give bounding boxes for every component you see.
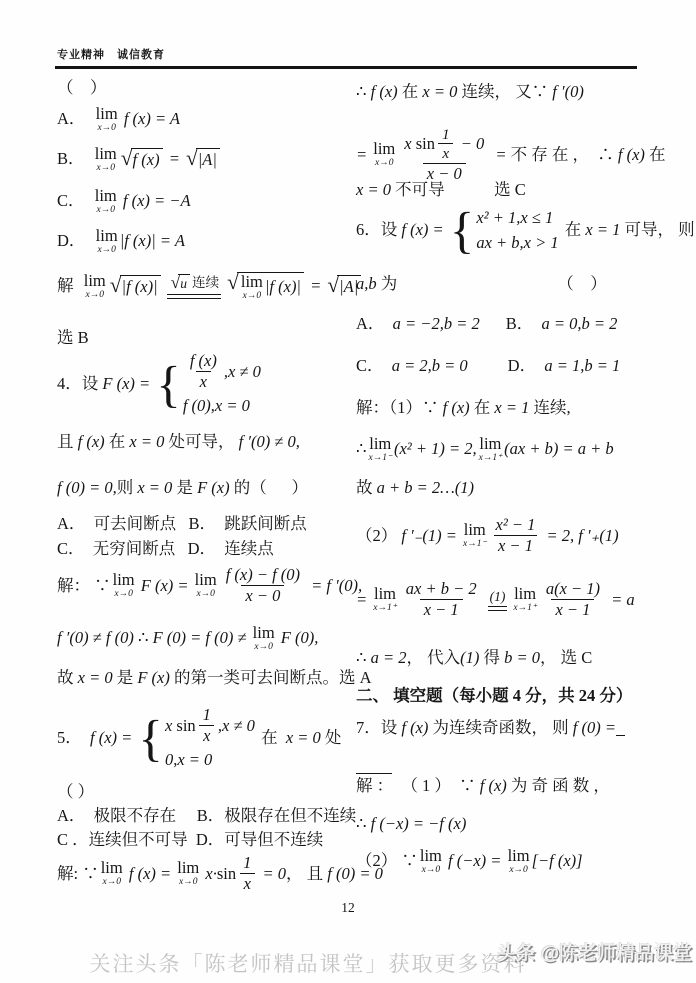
content-line: 故 x = 0 是 F (x) 的第一类可去间断点。选 A bbox=[57, 668, 372, 689]
math-cases: {f (x)x,x ≠ 0f (0),x = 0 bbox=[156, 352, 261, 417]
math-m: f (0) = bbox=[573, 718, 616, 739]
math-m: x = 0 bbox=[129, 432, 164, 453]
math-txt: D． bbox=[57, 231, 94, 252]
content-line: 解 ： （ 1 ） ∵ f (x) 为 奇 函 数 ， bbox=[356, 776, 610, 797]
content-line: 5． f (x) = {x sin1x,x ≠ 00,x = 0 在 x = 0… bbox=[57, 706, 341, 771]
math-frac: f (x)x bbox=[186, 352, 221, 392]
math-m: a = 2 bbox=[367, 648, 407, 669]
math-txt: ∴ bbox=[356, 648, 367, 669]
content-line: C． 无穷间断点 D． 连续点 bbox=[57, 539, 274, 560]
math-txt: 二、 填空题（每小题 4 分，共 24 分） bbox=[356, 686, 632, 707]
math-txt: 解: ∵ bbox=[57, 864, 99, 885]
content-line: ∴ f (−x) = −f (x) bbox=[356, 814, 466, 835]
math-cases: {x² + 1,x ≤ 1ax + b,x > 1 bbox=[450, 208, 559, 253]
math-m: x = 0 bbox=[286, 728, 321, 749]
math-m: x = 0 bbox=[137, 478, 172, 499]
math-sqrt: √|A| bbox=[186, 148, 220, 171]
math-m: F (x) = bbox=[137, 576, 193, 597]
math-txt: B． bbox=[57, 149, 93, 170]
right-column: ∴ f (x) 在 x = 0 连续， 又∵ f ′(0)= limx→0x s… bbox=[356, 0, 664, 983]
math-txt: 则 bbox=[117, 478, 138, 499]
math-txt: ， 选 C bbox=[540, 648, 592, 669]
math-m: (1) bbox=[490, 589, 506, 606]
math-m: F (0), bbox=[277, 628, 319, 649]
math-lim: limx→0 bbox=[508, 848, 530, 875]
math-txt: （2） bbox=[356, 526, 401, 547]
math-m: f (x) bbox=[367, 82, 398, 103]
content-line: a,b 为（ ） bbox=[356, 274, 607, 295]
math-m: f (x) − f (0) bbox=[226, 566, 300, 585]
content-line: 6．设 f (x) = {x² + 1,x ≤ 1ax + b,x > 1 在 … bbox=[356, 208, 695, 253]
math-lim: limx→0 bbox=[373, 141, 395, 168]
math-txt: 可导， 则 bbox=[620, 220, 694, 241]
math-lim: limx→0 bbox=[253, 625, 275, 652]
math-m: = bbox=[306, 276, 325, 297]
math-txt: sin bbox=[217, 864, 236, 885]
content-line: （2） f ′₋(1) = limx→1⁻x² − 1x − 1 = 2, f … bbox=[356, 516, 619, 556]
math-txt: 且 bbox=[57, 432, 78, 453]
math-lim: limx→0 bbox=[241, 274, 263, 301]
math-frac: f (x) − f (0)x − 0 bbox=[222, 566, 304, 606]
math-lim: limx→0 bbox=[96, 228, 118, 255]
math-m: f (0) = 0, bbox=[57, 478, 117, 499]
math-m: F (x) bbox=[197, 478, 230, 499]
math-lim: limx→1⁺ bbox=[479, 436, 502, 463]
math-m: f ′(0) bbox=[552, 82, 584, 103]
math-txt: 故 bbox=[57, 668, 78, 689]
math-frac: x sin1x − 0x − 0 bbox=[400, 126, 488, 184]
math-m: x bbox=[244, 875, 251, 894]
math-m: (x² + 1) = 2, bbox=[394, 439, 477, 460]
math-lim: limx→1⁺ bbox=[373, 586, 396, 613]
content-line: 7．设 f (x) 为连续奇函数， 则 f (0) = bbox=[356, 718, 625, 739]
math-ul bbox=[616, 720, 625, 736]
math-txt: 选 B bbox=[57, 328, 89, 349]
watermark-credit: 头条 @陈老师精品课堂 bbox=[497, 938, 692, 965]
math-m: f (x) bbox=[133, 150, 160, 171]
math-m: x bbox=[442, 145, 449, 162]
math-txt: 4．设 bbox=[57, 374, 102, 395]
math-txt: 在 bbox=[105, 432, 130, 453]
content-line: C． a = 2,b = 0D． a = 1,b = 1 bbox=[356, 356, 620, 377]
math-m: f (x) = −A bbox=[119, 191, 191, 212]
math-txt: ， 代入 bbox=[407, 648, 461, 669]
math-txt: 的（ ） bbox=[230, 478, 308, 499]
math-m: a(x − 1) bbox=[546, 580, 600, 599]
math-txt: A． bbox=[356, 314, 393, 335]
math-m: F (x) = bbox=[102, 374, 154, 395]
math-lim: limx→0 bbox=[101, 860, 123, 887]
math-txt: ∴ bbox=[356, 439, 367, 460]
math-frac: a(x − 1)x − 1 bbox=[542, 580, 604, 620]
content-line: A． a = −2,b = 2B． a = 0,b = 2 bbox=[356, 314, 617, 335]
math-txt: 连续， 又∵ bbox=[457, 82, 552, 103]
math-txt: （ ） bbox=[57, 782, 94, 803]
math-txt: C． bbox=[356, 356, 392, 377]
math-txt: 解： ∵ bbox=[57, 576, 111, 597]
content-line: A． 可去间断点 B． 跳跃间断点 bbox=[57, 514, 307, 535]
content-line: （ ） bbox=[57, 78, 107, 99]
math-txt: 7．设 bbox=[356, 718, 401, 739]
math-m: x = 0 bbox=[422, 82, 457, 103]
math-overeq: (1) bbox=[488, 589, 508, 612]
page-number: 12 bbox=[0, 900, 696, 916]
math-txt: 解 ： （ 1 ） ∵ bbox=[356, 776, 476, 797]
math-m: x bbox=[203, 727, 210, 746]
math-frac: 1x bbox=[239, 854, 255, 894]
math-txt: sin bbox=[172, 716, 195, 737]
content-line: 解: ∵limx→0 f (x) = limx→0 x·sin1x = 0， 且… bbox=[57, 854, 383, 894]
math-m: 1 bbox=[203, 706, 211, 725]
math-txt: （2） ∵ bbox=[356, 851, 418, 872]
math-txt: ， 且 bbox=[286, 864, 327, 885]
math-m: = 0 bbox=[258, 864, 286, 885]
math-m: F (x) bbox=[137, 668, 170, 689]
math-m: ,x ≠ 0 bbox=[224, 362, 261, 383]
math-m: x − 1 bbox=[424, 601, 459, 620]
math-txt: C ．连续但不可导 D．可导但不连续 bbox=[57, 830, 323, 851]
math-sqrt: √f (x) bbox=[121, 148, 163, 171]
math-m: f (x) = bbox=[125, 864, 176, 885]
math-m: x = 0 bbox=[356, 180, 395, 201]
math-txt: 故 bbox=[356, 478, 377, 499]
math-frac: x² − 1x − 1 bbox=[492, 516, 540, 556]
math-txt: 解 bbox=[57, 276, 82, 297]
math-m: a,b bbox=[356, 274, 377, 295]
content-line: ∴limx→1⁻(x² + 1) = 2,limx→1⁺(ax + b) = a… bbox=[356, 436, 614, 463]
math-cases: {x sin1x,x ≠ 00,x = 0 bbox=[138, 706, 255, 771]
math-sqrt: √limx→0|f (x)| bbox=[227, 272, 304, 301]
math-txt: 连续 bbox=[192, 275, 219, 292]
content-line: B． limx→0√f (x) = √|A| bbox=[57, 146, 222, 173]
math-txt: 处 bbox=[321, 728, 342, 749]
math-lim: limx→0 bbox=[84, 273, 106, 300]
math-m: x = 1 bbox=[585, 220, 620, 241]
left-column: （ ）A． limx→0 f (x) = AB． limx→0√f (x) = … bbox=[57, 0, 359, 983]
math-txt: A． bbox=[57, 109, 94, 130]
math-txt: 为 奇 函 数 ， bbox=[507, 776, 610, 797]
math-txt: 5． bbox=[57, 728, 90, 749]
math-m: |f (x)| = A bbox=[120, 231, 185, 252]
math-txt: 在 bbox=[561, 220, 586, 241]
math-txt: （ ） bbox=[57, 78, 107, 99]
math-m: f (x) bbox=[78, 432, 105, 453]
math-m: x − 1 bbox=[555, 601, 590, 620]
math-m: = f ′(0), bbox=[307, 576, 362, 597]
math-m: a = 0,b = 2 bbox=[541, 314, 617, 335]
math-m: = 2, f ′₊(1) bbox=[542, 526, 618, 547]
content-line: ∴ f (x) 在 x = 0 连续， 又∵ f ′(0) bbox=[356, 82, 584, 103]
content-line: D． limx→0|f (x)| = A bbox=[57, 228, 185, 255]
math-lim: limx→1⁺ bbox=[513, 586, 536, 613]
math-txt: 在 bbox=[257, 728, 286, 749]
math-m: f (x) bbox=[401, 718, 428, 739]
math-m: 0,x = 0 bbox=[165, 750, 212, 771]
content-line: x = 0 不可导 选 C bbox=[356, 180, 526, 201]
math-m: x² − 1 bbox=[496, 516, 536, 535]
math-txt: A． 极限不存在 B．极限存在但不连续 bbox=[57, 806, 356, 827]
content-line: ∴ a = 2， 代入(1) 得 b = 0， 选 C bbox=[356, 648, 592, 669]
math-m: f (0),x = 0 bbox=[183, 396, 250, 417]
math-m: f (−x) = bbox=[444, 851, 506, 872]
math-m: x bbox=[404, 135, 411, 154]
math-m: f (−x) = −f (x) bbox=[367, 814, 467, 835]
document-page: 专业精神 诚信教育 （ ）A． limx→0 f (x) = AB． limx→… bbox=[0, 0, 696, 983]
math-frac: 1x bbox=[438, 126, 454, 163]
math-txt: 不可导 选 C bbox=[395, 180, 526, 201]
math-txt: 为 bbox=[377, 274, 398, 295]
content-line: 解 limx→0√|f (x)|√u连续√limx→0|f (x)| = √|A… bbox=[57, 272, 363, 301]
math-m: a + b = 2…(1) bbox=[377, 478, 474, 499]
math-txt: 连续, bbox=[529, 398, 570, 419]
math-m: f (x) bbox=[476, 776, 507, 797]
content-line: 且 f (x) 在 x = 0 处可导， f ′(0) ≠ 0, bbox=[57, 432, 300, 453]
content-line: f (0) = 0,则 x = 0 是 F (x) 的（ ） bbox=[57, 478, 308, 499]
math-lim: limx→0 bbox=[96, 106, 118, 133]
content-line: C． limx→0 f (x) = −A bbox=[57, 188, 191, 215]
content-line: = limx→0x sin1x − 0x − 0 = 不 存 在 ， ∴ f (… bbox=[356, 126, 666, 184]
math-m: |f (x)| bbox=[122, 277, 158, 298]
content-line: = limx→1⁺ax + b − 2x − 1(1)limx→1⁺a(x − … bbox=[356, 580, 635, 620]
math-m: (1) bbox=[460, 648, 479, 669]
math-m: ax + b,x > 1 bbox=[476, 233, 558, 254]
math-m: x − 0 bbox=[245, 587, 280, 606]
math-txt: ∴ bbox=[356, 814, 367, 835]
math-txt: 是 bbox=[113, 668, 138, 689]
math-txt: 是 bbox=[172, 478, 197, 499]
math-txt: 为连续奇函数， 则 bbox=[428, 718, 572, 739]
math-txt: ∴ bbox=[356, 82, 367, 103]
math-m: f ′₋(1) = bbox=[401, 526, 461, 547]
math-m: |f (x)| bbox=[265, 277, 301, 298]
math-txt: D． bbox=[508, 356, 545, 377]
math-lim: limx→0 bbox=[177, 860, 199, 887]
math-m: x bbox=[200, 373, 207, 392]
math-m: x bbox=[165, 716, 172, 737]
math-txt: 得 bbox=[479, 648, 504, 669]
math-m: = bbox=[165, 149, 184, 170]
math-m: ,x ≠ 0 bbox=[218, 716, 255, 737]
content-line: 选 B bbox=[57, 328, 89, 349]
math-lim: limx→0 bbox=[113, 572, 135, 599]
math-txt: sin bbox=[412, 135, 435, 154]
math-lim: limx→0 bbox=[420, 848, 442, 875]
content-line: 故 a + b = 2…(1) bbox=[356, 478, 474, 499]
math-m: x = 0 bbox=[78, 668, 113, 689]
content-line: 解： ∵limx→0 F (x) = limx→0f (x) − f (0)x … bbox=[57, 566, 362, 606]
content-line: 4．设 F (x) = {f (x)x,x ≠ 0f (0),x = 0 bbox=[57, 352, 263, 417]
math-m: x − 1 bbox=[498, 537, 533, 556]
content-line: f ′(0) ≠ f (0) ∴ F (0) = f (0) ≠ limx→0 … bbox=[57, 625, 318, 652]
math-sqrt: √u bbox=[171, 274, 190, 293]
math-txt: ∴ bbox=[138, 628, 149, 649]
math-m: f (x) = bbox=[401, 220, 447, 241]
math-txt: 不 存 在 ， ∴ bbox=[511, 145, 618, 166]
math-m: u bbox=[180, 276, 187, 293]
math-m: − 0 bbox=[457, 135, 485, 154]
math-m: x = 1 bbox=[494, 398, 529, 419]
math-m: = bbox=[491, 145, 510, 166]
math-m: f (x) bbox=[618, 145, 645, 166]
math-m: f ′(0) ≠ 0, bbox=[239, 432, 300, 453]
math-m: a = −2,b = 2 bbox=[393, 314, 480, 335]
math-m: b = 0 bbox=[504, 648, 540, 669]
math-txt: 处可导， bbox=[164, 432, 238, 453]
math-m: [−f (x)] bbox=[532, 851, 583, 872]
math-frac: 1x bbox=[199, 706, 215, 746]
math-m: x² + 1,x ≤ 1 bbox=[476, 208, 553, 229]
math-m: = bbox=[356, 590, 371, 611]
math-lim: limx→1⁻ bbox=[369, 436, 392, 463]
math-sqrt: √|f (x)| bbox=[110, 275, 161, 298]
content-line: 解：（1）∵ f (x) 在 x = 1 连续, bbox=[356, 398, 571, 419]
math-ul bbox=[356, 758, 392, 774]
math-txt: 在 bbox=[645, 145, 666, 166]
math-m: f (x) = A bbox=[120, 109, 180, 130]
math-txt: C． bbox=[57, 191, 93, 212]
math-lim: limx→1⁻ bbox=[463, 522, 486, 549]
content-line: 二、 填空题（每小题 4 分，共 24 分） bbox=[356, 686, 632, 707]
content-line: （2） ∵limx→0 f (−x) = limx→0[−f (x)] bbox=[356, 848, 583, 875]
math-overeq: √u连续 bbox=[167, 274, 221, 299]
math-txt: 的第一类可去间断点。选 A bbox=[170, 668, 372, 689]
math-m: x· bbox=[201, 864, 217, 885]
content-line: （ ） bbox=[57, 782, 94, 803]
math-m: |A| bbox=[198, 150, 217, 171]
math-m: f (x) bbox=[439, 398, 470, 419]
math-txt: C． 无穷间断点 D． 连续点 bbox=[57, 539, 274, 560]
content-line: A． 极限不存在 B．极限存在但不连续 bbox=[57, 806, 356, 827]
math-m: f (x) bbox=[190, 352, 217, 371]
math-txt: A． 可去间断点 B． 跳跃间断点 bbox=[57, 514, 307, 535]
math-m: 1 bbox=[243, 854, 251, 873]
math-txt: 在 bbox=[398, 82, 423, 103]
math-m: F (0) = f (0) ≠ bbox=[148, 628, 250, 649]
math-m: ax + b − 2 bbox=[406, 580, 477, 599]
math-txt: 在 bbox=[470, 398, 495, 419]
math-m: f ′(0) ≠ f (0) bbox=[57, 628, 138, 649]
math-lim: limx→0 bbox=[95, 146, 117, 173]
content-line bbox=[356, 758, 392, 774]
math-txt: 6．设 bbox=[356, 220, 401, 241]
math-lim: limx→0 bbox=[195, 572, 217, 599]
math-txt: 解：（1）∵ bbox=[356, 398, 439, 419]
content-line: A． limx→0 f (x) = A bbox=[57, 106, 180, 133]
math-frac: ax + b − 2x − 1 bbox=[402, 580, 481, 620]
math-m: f (x) = bbox=[90, 728, 136, 749]
math-lim: limx→0 bbox=[95, 188, 117, 215]
math-m: a = 1,b = 1 bbox=[544, 356, 620, 377]
content-line: C ．连续但不可导 D．可导但不连续 bbox=[57, 830, 323, 851]
math-txt: B． bbox=[506, 314, 542, 335]
math-m: 1 bbox=[442, 126, 450, 143]
math-m: = bbox=[356, 145, 371, 166]
math-txt: （ ） bbox=[557, 274, 607, 295]
math-m: = a bbox=[607, 590, 635, 611]
math-m: a = 2,b = 0 bbox=[392, 356, 468, 377]
math-m: (ax + b) = a + b bbox=[504, 439, 613, 460]
